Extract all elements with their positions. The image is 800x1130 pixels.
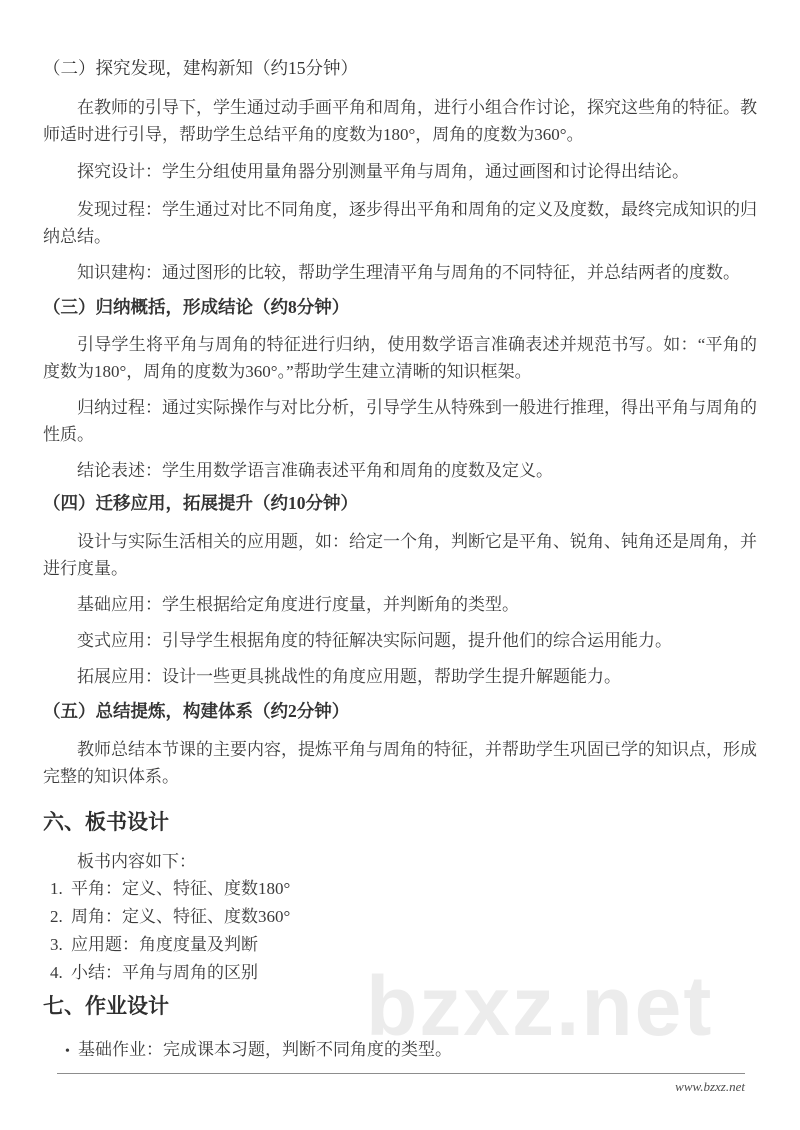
list-item-text: 周角：定义、特征、度数360° xyxy=(71,907,290,926)
document-content: （二）探究发现，建构新知（约15分钟） 在教师的引导下，学生通过动手画平角和周角… xyxy=(43,0,757,1065)
paragraph: 结论表述：学生用数学语言准确表述平角和周角的度数及定义。 xyxy=(43,457,757,484)
section-heading-conclude: （五）总结提炼，构建体系（约2分钟） xyxy=(43,700,757,722)
section-heading-summarize: （三）归纳概括，形成结论（约8分钟） xyxy=(43,296,757,318)
list-item: 2.周角：定义、特征、度数360° xyxy=(43,903,757,931)
list-item-number: 2. xyxy=(50,903,71,931)
bullet-item-text: 基础作业：完成课本习题，判断不同角度的类型。 xyxy=(78,1040,452,1059)
list-item-number: 4. xyxy=(50,959,71,987)
paragraph: 探究设计：学生分组使用量角器分别测量平角与周角，通过画图和讨论得出结论。 xyxy=(43,158,757,185)
paragraph: 拓展应用：设计一些更具挑战性的角度应用题，帮助学生提升解题能力。 xyxy=(43,663,757,690)
paragraph: 归纳过程：通过实际操作与对比分析，引导学生从特殊到一般进行推理，得出平角与周角的… xyxy=(43,394,757,448)
homework-heading: 七、作业设计 xyxy=(43,992,757,1020)
paragraph: 知识建构：通过图形的比较，帮助学生理清平角与周角的不同特征，并总结两者的度数。 xyxy=(43,259,757,286)
paragraph: 发现过程：学生通过对比不同角度，逐步得出平角和周角的定义及度数，最终完成知识的归… xyxy=(43,196,757,250)
list-item-text: 小结：平角与周角的区别 xyxy=(71,963,258,982)
list-item: 1.平角：定义、特征、度数180° xyxy=(43,875,757,903)
list-item-text: 平角：定义、特征、度数180° xyxy=(71,879,290,898)
section-heading-apply: （四）迁移应用，拓展提升（约10分钟） xyxy=(43,492,757,514)
paragraph: 在教师的引导下，学生通过动手画平角和周角，进行小组合作讨论，探究这些角的特征。教… xyxy=(43,94,757,148)
list-item-number: 3. xyxy=(50,931,71,959)
board-design-intro: 板书内容如下： xyxy=(43,848,757,875)
board-design-list: 1.平角：定义、特征、度数180° 2.周角：定义、特征、度数360° 3.应用… xyxy=(43,875,757,987)
bullet-item: •基础作业：完成课本习题，判断不同角度的类型。 xyxy=(43,1036,757,1065)
paragraph: 教师总结本节课的主要内容，提炼平角与周角的特征，并帮助学生巩固已学的知识点，形成… xyxy=(43,736,757,790)
list-item-number: 1. xyxy=(50,875,71,903)
bullet-icon: • xyxy=(65,1038,78,1065)
board-design-heading: 六、板书设计 xyxy=(43,808,757,836)
document-page: bzxz.net （二）探究发现，建构新知（约15分钟） 在教师的引导下，学生通… xyxy=(0,0,800,1130)
section-heading-explore: （二）探究发现，建构新知（约15分钟） xyxy=(43,57,757,79)
paragraph: 设计与实际生活相关的应用题，如：给定一个角，判断它是平角、锐角、钝角还是周角，并… xyxy=(43,528,757,582)
list-item-text: 应用题：角度度量及判断 xyxy=(71,935,258,954)
paragraph: 变式应用：引导学生根据角度的特征解决实际问题，提升他们的综合运用能力。 xyxy=(43,627,757,654)
homework-list: •基础作业：完成课本习题，判断不同角度的类型。 xyxy=(43,1036,757,1065)
footer-url: www.bzxz.net xyxy=(675,1079,745,1095)
paragraph: 基础应用：学生根据给定角度进行度量，并判断角的类型。 xyxy=(43,591,757,618)
paragraph: 引导学生将平角与周角的特征进行归纳，使用数学语言准确表述并规范书写。如：“平角的… xyxy=(43,331,757,385)
list-item: 4.小结：平角与周角的区别 xyxy=(43,959,757,987)
footer-divider xyxy=(57,1073,745,1074)
list-item: 3.应用题：角度度量及判断 xyxy=(43,931,757,959)
